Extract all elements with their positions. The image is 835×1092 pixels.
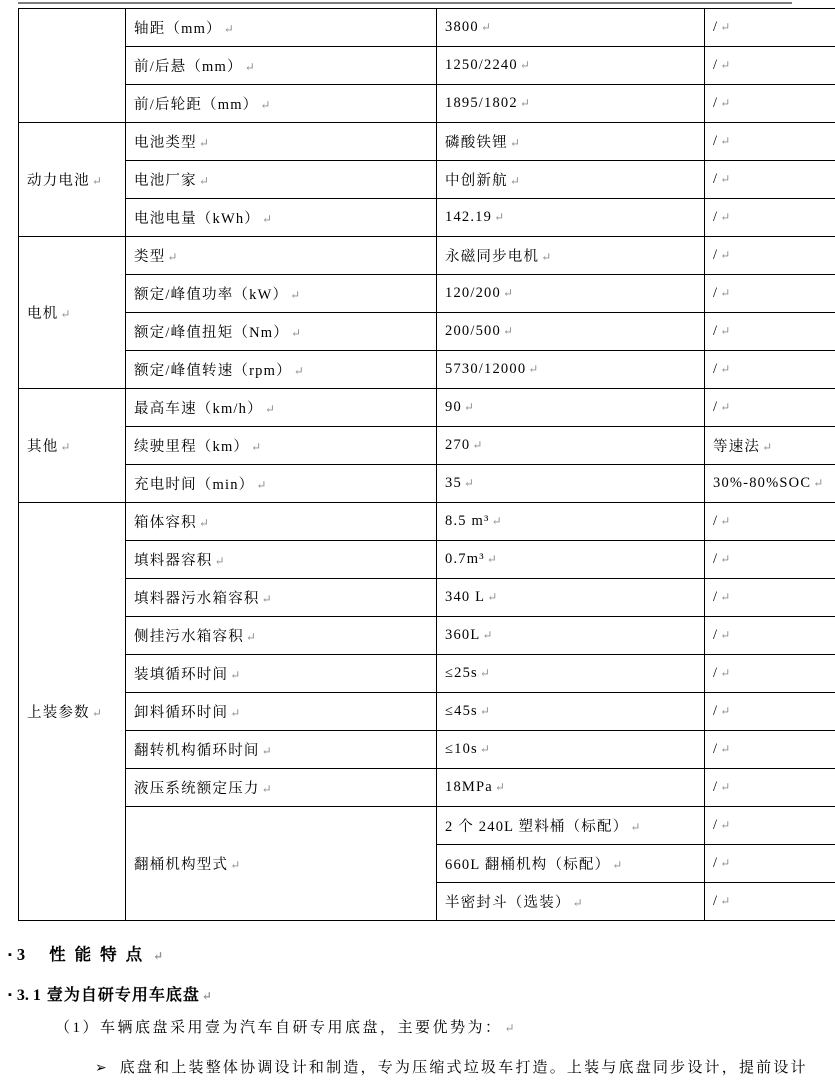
value-cell-text: ≤45s (445, 703, 478, 719)
paragraph-return-mark: ↵ (464, 476, 474, 490)
paragraph-return-mark: ↵ (230, 706, 240, 720)
table-row: 填料器污水箱容积↵340 L↵/↵ (19, 579, 835, 617)
remark-cell-text: / (713, 817, 718, 833)
param-cell-text: 额定/峰值功率（kW） (134, 287, 288, 303)
paragraph-return-mark: ↵ (494, 210, 504, 224)
value-cell-text: 半密封斗（选装） (445, 895, 571, 911)
param-cell: 额定/峰值功率（kW）↵ (126, 275, 437, 313)
value-cell-text: ≤10s (445, 741, 478, 757)
cut-row-remnant-line (18, 2, 792, 4)
remark-cell-text: / (713, 133, 718, 149)
remark-cell: /↵ (705, 807, 835, 845)
paragraph-return-mark: ↵ (246, 630, 256, 644)
remark-cell-text: / (713, 209, 718, 225)
paragraph-return-mark: ↵ (720, 704, 730, 718)
paragraph-return-mark: ↵ (720, 58, 730, 72)
param-cell-text: 额定/峰值转速（rpm） (134, 363, 292, 379)
paragraph-return-mark: ↵ (294, 364, 304, 378)
remark-cell: /↵ (705, 161, 835, 199)
remark-cell-text: / (713, 19, 718, 35)
paragraph-return-mark: ↵ (480, 666, 490, 680)
paragraph-return-mark: ↵ (199, 136, 209, 150)
paragraph-return-mark: ↵ (464, 400, 474, 414)
value-cell: 2 个 240L 塑料桶（标配）↵ (437, 807, 705, 845)
paragraph-return-mark: ↵ (230, 858, 240, 872)
table-row: 翻转机构循环时间↵≤10s↵/↵ (19, 731, 835, 769)
document-page: { "marks": { "heading_bullet": "▪", "lis… (0, 0, 835, 1092)
value-cell: 90↵ (437, 389, 705, 427)
remark-cell-text: / (713, 779, 718, 795)
param-cell: 箱体容积↵ (126, 503, 437, 541)
param-cell-text: 充电时间（min） (134, 477, 254, 493)
remark-cell: /↵ (705, 389, 835, 427)
param-cell: 填料器容积↵ (126, 541, 437, 579)
value-cell: 永磁同步电机↵ (437, 237, 705, 275)
paragraph-return-mark: ↵ (720, 628, 730, 642)
paragraph-return-mark: ↵ (520, 58, 530, 72)
table-row: 前/后悬（mm）↵1250/2240↵/↵ (19, 47, 835, 85)
table-row: 装填循环时间↵≤25s↵/↵ (19, 655, 835, 693)
remark-cell-text: 等速法 (713, 439, 760, 455)
param-cell: 卸料循环时间↵ (126, 693, 437, 731)
paragraph-return-mark: ↵ (472, 438, 482, 452)
group-cell: 电机↵ (19, 237, 126, 389)
paragraph-return-mark: ↵ (153, 949, 163, 963)
paragraph-property-square-icon: ▪ (8, 949, 12, 961)
spec-table-body: 轴距（mm）↵3800↵/↵前/后悬（mm）↵1250/2240↵/↵前/后轮距… (19, 9, 835, 921)
group-cell: 动力电池↵ (19, 123, 126, 237)
paragraph-return-mark: ↵ (199, 516, 209, 530)
paragraph-return-mark: ↵ (720, 818, 730, 832)
paragraph-intro: （1）车辆底盘采用壹为汽车自研专用底盘，主要优势为：↵ (55, 1016, 515, 1037)
value-cell: 18MPa↵ (437, 769, 705, 807)
value-cell: 5730/12000↵ (437, 351, 705, 389)
remark-cell-text: / (713, 589, 718, 605)
paragraph-return-mark: ↵ (720, 856, 730, 870)
table-row: 翻桶机构型式↵2 个 240L 塑料桶（标配）↵/↵ (19, 807, 835, 845)
table-row: 其他↵最高车速（km/h）↵90↵/↵ (19, 389, 835, 427)
param-cell: 轴距（mm）↵ (126, 9, 437, 47)
paragraph-return-mark: ↵ (202, 989, 212, 1003)
paragraph-return-mark: ↵ (630, 820, 640, 834)
paragraph-return-mark: ↵ (720, 400, 730, 414)
value-cell-text: 35 (445, 475, 462, 491)
paragraph-return-mark: ↵ (720, 780, 730, 794)
table-row: 卸料循环时间↵≤45s↵/↵ (19, 693, 835, 731)
value-cell-text: 3800 (445, 19, 479, 35)
paragraph-return-mark: ↵ (487, 590, 497, 604)
paragraph-return-mark: ↵ (720, 172, 730, 186)
value-cell: 3800↵ (437, 9, 705, 47)
value-cell: 1895/1802↵ (437, 85, 705, 123)
remark-cell: /↵ (705, 845, 835, 883)
param-cell-text: 电池电量（kWh） (134, 211, 260, 227)
remark-cell-text: / (713, 285, 718, 301)
value-cell-text: 270 (445, 437, 470, 453)
table-row: 轴距（mm）↵3800↵/↵ (19, 9, 835, 47)
paragraph-return-mark: ↵ (720, 210, 730, 224)
paragraph-return-mark: ↵ (720, 20, 730, 34)
value-cell: 340 L↵ (437, 579, 705, 617)
paragraph-return-mark: ↵ (510, 174, 520, 188)
param-cell: 续驶里程（km）↵ (126, 427, 437, 465)
remark-cell-text: / (713, 627, 718, 643)
remark-cell: /↵ (705, 655, 835, 693)
paragraph-return-mark: ↵ (813, 476, 823, 490)
value-cell-text: 0.7m³ (445, 551, 485, 567)
paragraph-return-mark: ↵ (60, 440, 70, 454)
value-cell-text: 360L (445, 627, 480, 643)
param-cell: 前/后悬（mm）↵ (126, 47, 437, 85)
bullet-item: ➢底盘和上装整体协调设计和制造，专为压缩式垃圾车打造。上装与底盘同步设计，提前设… (95, 1056, 808, 1077)
value-cell: ≤10s↵ (437, 731, 705, 769)
remark-cell: /↵ (705, 883, 835, 921)
table-row: 充电时间（min）↵35↵30%-80%SOC↵ (19, 465, 835, 503)
value-cell-text: 142.19 (445, 209, 492, 225)
table-row: 电池电量（kWh）↵142.19↵/↵ (19, 199, 835, 237)
paragraph-return-mark: ↵ (720, 742, 730, 756)
param-cell: 翻转机构循环时间↵ (126, 731, 437, 769)
remark-cell: /↵ (705, 541, 835, 579)
value-cell: 35↵ (437, 465, 705, 503)
remark-cell: /↵ (705, 275, 835, 313)
paragraph-return-mark: ↵ (487, 552, 497, 566)
paragraph-return-mark: ↵ (262, 212, 272, 226)
paragraph-return-mark: ↵ (482, 628, 492, 642)
remark-cell-text: / (713, 361, 718, 377)
value-cell-text: 200/500 (445, 323, 501, 339)
paragraph-return-mark: ↵ (256, 478, 266, 492)
remark-cell: 等速法↵ (705, 427, 835, 465)
param-cell-text: 翻转机构循环时间 (134, 743, 260, 759)
param-cell-text: 额定/峰值扭矩（Nm） (134, 325, 289, 341)
table-row: 液压系统额定压力↵18MPa↵/↵ (19, 769, 835, 807)
remark-cell-text: / (713, 171, 718, 187)
value-cell: 0.7m³↵ (437, 541, 705, 579)
remark-cell: /↵ (705, 617, 835, 655)
value-cell: 磷酸铁锂↵ (437, 123, 705, 161)
remark-cell: 30%-80%SOC↵ (705, 465, 835, 503)
value-cell: 360L↵ (437, 617, 705, 655)
value-cell-text: 8.5 m³ (445, 513, 490, 529)
remark-cell: /↵ (705, 351, 835, 389)
param-cell: 侧挂污水箱容积↵ (126, 617, 437, 655)
paragraph-return-mark: ↵ (541, 250, 551, 264)
remark-cell: /↵ (705, 85, 835, 123)
param-cell-text: 电池厂家 (134, 173, 197, 189)
param-cell: 前/后轮距（mm）↵ (126, 85, 437, 123)
bullet-item-text: 底盘和上装整体协调设计和制造，专为压缩式垃圾车打造。上装与底盘同步设计，提前设计 (120, 1060, 808, 1076)
paragraph-return-mark: ↵ (480, 704, 490, 718)
param-cell-text: 液压系统额定压力 (134, 781, 260, 797)
vehicle-spec-table: 轴距（mm）↵3800↵/↵前/后悬（mm）↵1250/2240↵/↵前/后轮距… (18, 8, 835, 921)
value-cell-text: 中创新航 (445, 173, 508, 189)
paragraph-return-mark: ↵ (720, 590, 730, 604)
group-cell-text: 电机 (27, 306, 58, 322)
param-cell: 额定/峰值转速（rpm）↵ (126, 351, 437, 389)
paragraph-return-mark: ↵ (265, 402, 275, 416)
param-cell: 填料器污水箱容积↵ (126, 579, 437, 617)
param-cell-text: 填料器污水箱容积 (134, 591, 260, 607)
value-cell: 660L 翻桶机构（标配）↵ (437, 845, 705, 883)
table-row: 额定/峰值扭矩（Nm）↵200/500↵/↵ (19, 313, 835, 351)
group-cell-text: 其他 (27, 439, 58, 455)
value-cell-text: 2 个 240L 塑料桶（标配） (445, 819, 628, 835)
arrow-bullet-icon: ➢ (95, 1061, 107, 1076)
remark-cell: /↵ (705, 579, 835, 617)
remark-cell-text: / (713, 247, 718, 263)
paragraph-return-mark: ↵ (720, 666, 730, 680)
table-row: 电池厂家↵中创新航↵/↵ (19, 161, 835, 199)
paragraph-return-mark: ↵ (528, 362, 538, 376)
remark-cell-text: / (713, 665, 718, 681)
param-cell: 翻桶机构型式↵ (126, 807, 437, 921)
param-cell: 装填循环时间↵ (126, 655, 437, 693)
remark-cell-text: / (713, 513, 718, 529)
remark-cell: /↵ (705, 9, 835, 47)
paragraph-return-mark: ↵ (720, 362, 730, 376)
value-cell: ≤25s↵ (437, 655, 705, 693)
value-cell: 142.19↵ (437, 199, 705, 237)
paragraph-return-mark: ↵ (262, 592, 272, 606)
value-cell-text: 120/200 (445, 285, 501, 301)
value-cell-text: 5730/12000 (445, 361, 526, 377)
value-cell-text: 1250/2240 (445, 57, 518, 73)
value-cell: 8.5 m³↵ (437, 503, 705, 541)
param-cell: 电池电量（kWh）↵ (126, 199, 437, 237)
paragraph-return-mark: ↵ (260, 98, 270, 112)
value-cell: 120/200↵ (437, 275, 705, 313)
value-cell: 中创新航↵ (437, 161, 705, 199)
value-cell-text: 永磁同步电机 (445, 249, 539, 265)
paragraph-return-mark: ↵ (480, 742, 490, 756)
param-cell: 电池厂家↵ (126, 161, 437, 199)
param-cell: 电池类型↵ (126, 123, 437, 161)
param-cell-text: 前/后轮距（mm） (134, 97, 258, 113)
remark-cell: /↵ (705, 199, 835, 237)
paragraph-return-mark: ↵ (505, 1021, 515, 1035)
value-cell: 270↵ (437, 427, 705, 465)
param-cell-text: 续驶里程（km） (134, 439, 249, 455)
table-row: 前/后轮距（mm）↵1895/1802↵/↵ (19, 85, 835, 123)
param-cell-text: 箱体容积 (134, 515, 197, 531)
paragraph-return-mark: ↵ (251, 440, 261, 454)
paragraph-return-mark: ↵ (262, 744, 272, 758)
group-cell: 上装参数↵ (19, 503, 126, 921)
remark-cell-text: / (713, 893, 718, 909)
param-cell-text: 轴距（mm） (134, 21, 222, 37)
remark-cell-text: / (713, 399, 718, 415)
paragraph-return-mark: ↵ (92, 174, 102, 188)
value-cell-text: 340 L (445, 589, 485, 605)
paragraph-return-mark: ↵ (503, 286, 513, 300)
table-row: 额定/峰值转速（rpm）↵5730/12000↵/↵ (19, 351, 835, 389)
table-row: 额定/峰值功率（kW）↵120/200↵/↵ (19, 275, 835, 313)
paragraph-return-mark: ↵ (230, 668, 240, 682)
table-row: 侧挂污水箱容积↵360L↵/↵ (19, 617, 835, 655)
param-cell: 额定/峰值扭矩（Nm）↵ (126, 313, 437, 351)
paragraph-return-mark: ↵ (495, 780, 505, 794)
value-cell-text: 90 (445, 399, 462, 415)
value-cell-text: 660L 翻桶机构（标配） (445, 857, 610, 873)
remark-cell-text: / (713, 741, 718, 757)
paragraph-return-mark: ↵ (262, 782, 272, 796)
group-cell-text: 动力电池 (27, 173, 90, 189)
paragraph-return-mark: ↵ (520, 96, 530, 110)
remark-cell-text: / (713, 57, 718, 73)
paragraph-return-mark: ↵ (290, 288, 300, 302)
param-cell-text: 装填循环时间 (134, 667, 228, 683)
paragraph-intro-text: （1）车辆底盘采用壹为汽车自研专用底盘，主要优势为： (55, 1020, 503, 1036)
remark-cell-text: / (713, 95, 718, 111)
value-cell-text: 磷酸铁锂 (445, 135, 508, 151)
paragraph-return-mark: ↵ (573, 896, 583, 910)
remark-cell: /↵ (705, 47, 835, 85)
paragraph-return-mark: ↵ (720, 552, 730, 566)
remark-cell: /↵ (705, 503, 835, 541)
param-cell-text: 电池类型 (134, 135, 197, 151)
remark-cell-text: 30%-80%SOC (713, 475, 811, 491)
remark-cell: /↵ (705, 731, 835, 769)
param-cell-text: 翻桶机构型式 (134, 857, 228, 873)
paragraph-return-mark: ↵ (60, 307, 70, 321)
param-cell-text: 类型 (134, 249, 165, 265)
param-cell-text: 侧挂污水箱容积 (134, 629, 244, 645)
value-cell: 200/500↵ (437, 313, 705, 351)
param-cell-text: 填料器容积 (134, 553, 213, 569)
paragraph-return-mark: ↵ (215, 554, 225, 568)
paragraph-return-mark: ↵ (167, 250, 177, 264)
paragraph-return-mark: ↵ (291, 326, 301, 340)
paragraph-return-mark: ↵ (720, 134, 730, 148)
paragraph-return-mark: ↵ (245, 60, 255, 74)
heading-3-1-title: 壹为自研专用车底盘 (47, 987, 200, 1004)
paragraph-return-mark: ↵ (720, 324, 730, 338)
paragraph-return-mark: ↵ (762, 440, 772, 454)
paragraph-return-mark: ↵ (720, 96, 730, 110)
paragraph-return-mark: ↵ (199, 174, 209, 188)
paragraph-return-mark: ↵ (92, 706, 102, 720)
remark-cell: /↵ (705, 123, 835, 161)
param-cell: 最高车速（km/h）↵ (126, 389, 437, 427)
paragraph-property-square-icon: ▪ (8, 989, 12, 1001)
paragraph-return-mark: ↵ (720, 286, 730, 300)
paragraph-return-mark: ↵ (492, 514, 502, 528)
param-cell: 类型↵ (126, 237, 437, 275)
value-cell-text: 1895/1802 (445, 95, 518, 111)
paragraph-return-mark: ↵ (612, 858, 622, 872)
heading-3-1-number: 3. 1 (17, 987, 41, 1004)
value-cell-text: ≤25s (445, 665, 478, 681)
value-cell-text: 18MPa (445, 779, 493, 795)
heading-3-number: 3 (17, 945, 25, 964)
param-cell-text: 卸料循环时间 (134, 705, 228, 721)
remark-cell-text: / (713, 855, 718, 871)
heading-3-title: 性能特点 (49, 945, 151, 964)
param-cell: 液压系统额定压力↵ (126, 769, 437, 807)
table-row: 电机↵类型↵永磁同步电机↵/↵ (19, 237, 835, 275)
value-cell: ≤45s↵ (437, 693, 705, 731)
paragraph-return-mark: ↵ (510, 136, 520, 150)
remark-cell: /↵ (705, 693, 835, 731)
table-row: 续驶里程（km）↵270↵等速法↵ (19, 427, 835, 465)
group-cell (19, 9, 126, 123)
remark-cell-text: / (713, 323, 718, 339)
param-cell-text: 前/后悬（mm） (134, 59, 243, 75)
table-row: 填料器容积↵0.7m³↵/↵ (19, 541, 835, 579)
paragraph-return-mark: ↵ (720, 514, 730, 528)
paragraph-return-mark: ↵ (224, 22, 234, 36)
remark-cell-text: / (713, 551, 718, 567)
heading-3-1: ▪3. 1壹为自研专用车底盘↵ (8, 982, 212, 1005)
table-row: 上装参数↵箱体容积↵8.5 m³↵/↵ (19, 503, 835, 541)
paragraph-return-mark: ↵ (720, 894, 730, 908)
remark-cell: /↵ (705, 237, 835, 275)
value-cell: 1250/2240↵ (437, 47, 705, 85)
param-cell: 充电时间（min）↵ (126, 465, 437, 503)
paragraph-return-mark: ↵ (481, 20, 491, 34)
remark-cell: /↵ (705, 769, 835, 807)
paragraph-return-mark: ↵ (720, 248, 730, 262)
value-cell: 半密封斗（选装）↵ (437, 883, 705, 921)
paragraph-return-mark: ↵ (503, 324, 513, 338)
remark-cell-text: / (713, 703, 718, 719)
heading-3: ▪3性能特点↵ (8, 941, 163, 965)
param-cell-text: 最高车速（km/h） (134, 401, 263, 417)
group-cell-text: 上装参数 (27, 705, 90, 721)
table-row: 动力电池↵电池类型↵磷酸铁锂↵/↵ (19, 123, 835, 161)
group-cell: 其他↵ (19, 389, 126, 503)
remark-cell: /↵ (705, 313, 835, 351)
